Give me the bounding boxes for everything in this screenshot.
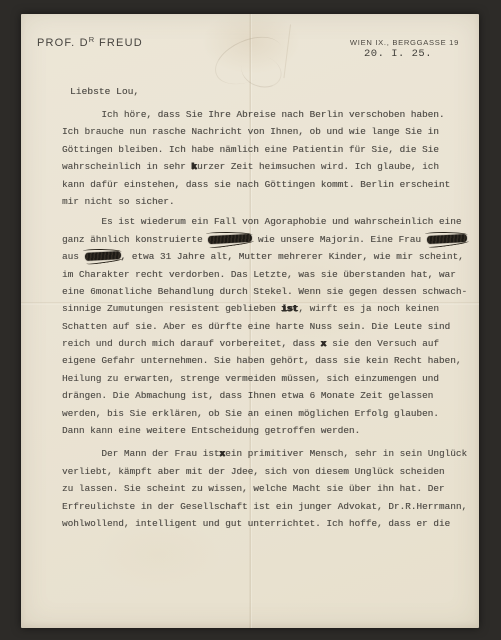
paragraph: Ich höre, dass Sie Ihre Abreise nach Ber… — [62, 106, 474, 210]
letterhead-name-suffix: FREUD — [95, 37, 143, 49]
typed-text: wie unsere Majorin. Eine Frau — [252, 234, 426, 245]
paragraph: Der Mann der Frau istxein primitiver Men… — [62, 445, 474, 532]
typed-date: 20. I. 25. — [364, 48, 432, 60]
ink-redaction-mark — [84, 251, 120, 261]
typed-line: Erfreulichste in der Gesellschaft ist ei… — [62, 498, 474, 515]
typed-line: Schatten auf sie. Aber es dürfte eine ha… — [62, 318, 474, 335]
typed-line: drängen. Die Abmachung ist, dass Ihnen e… — [62, 387, 474, 404]
typed-text: mir nicht so sicher. — [62, 196, 175, 207]
typed-line: ganz ähnlich konstruierte wie unsere Maj… — [62, 231, 474, 248]
typed-text: , wirft es ja noch keinen — [298, 303, 439, 314]
typed-line: mir nicht so sicher. — [62, 193, 474, 210]
ink-redaction-mark — [427, 234, 467, 244]
typed-text: Ich höre, dass Sie Ihre Abreise nach Ber… — [62, 109, 445, 120]
typed-text: sie den Versuch auf — [326, 338, 439, 349]
letterhead-name: PROF. DR FREUD — [37, 35, 143, 49]
typed-line: Göttingen bleiben. Ich habe nämlich eine… — [62, 141, 474, 158]
typed-line: sinnige Zumutungen resistent geblieben i… — [62, 300, 474, 317]
typed-line: reich und durch mich darauf vorbereitet,… — [62, 335, 474, 352]
typed-text: Heilung zu erwarten, strenge vermeiden m… — [62, 373, 439, 384]
typed-text: wohlwollend, intelligent und gut unterri… — [62, 518, 450, 529]
typed-line: Ich brauche nun rasche Nachricht von Ihn… — [62, 123, 474, 140]
pencil-marks — [207, 30, 307, 98]
typed-line: Dann kann eine weitere Entscheidung getr… — [62, 422, 474, 439]
overtyped-text: ist — [281, 303, 298, 314]
typed-text: aus — [62, 251, 85, 262]
typed-text: drängen. Die Abmachung ist, dass Ihnen e… — [62, 390, 433, 401]
typed-text: zu lassen. Sie scheint zu wissen, welche… — [62, 483, 445, 494]
typed-text: ganz ähnlich konstruierte — [62, 234, 208, 245]
typed-text: Es ist wiederum ein Fall von Agoraphobie… — [62, 216, 461, 227]
letterhead-name-prefix: PROF. D — [37, 37, 89, 49]
typed-text: werden, bis Sie erklären, ob Sie an eine… — [62, 408, 439, 419]
letter-page: PROF. DR FREUD WIEN IX., BERGGASSE 19 20… — [21, 14, 479, 628]
typed-line: im Charakter recht verdorben. Das Letzte… — [62, 266, 474, 283]
letter-body: Ich höre, dass Sie Ihre Abreise nach Ber… — [62, 106, 474, 532]
ink-redaction-mark — [208, 234, 252, 244]
typed-text: Der Mann der Frau ist — [62, 448, 220, 459]
typed-text: eigene Gefahr unternehmen. Sie haben geh… — [62, 355, 461, 366]
salutation: Liebste Lou, — [70, 86, 139, 97]
typed-line: Es ist wiederum ein Fall von Agoraphobie… — [62, 213, 474, 230]
letterhead-address: WIEN IX., BERGGASSE 19 — [350, 38, 459, 47]
typed-text: Erfreulichste in der Gesellschaft ist ei… — [62, 501, 467, 512]
scan-background: PROF. DR FREUD WIEN IX., BERGGASSE 19 20… — [0, 0, 501, 640]
typed-text: wahrscheinlich in sehr — [62, 161, 191, 172]
typed-line: eine 6monatliche Behandlung durch Stekel… — [62, 283, 474, 300]
typed-line: werden, bis Sie erklären, ob Sie an eine… — [62, 405, 474, 422]
typed-text: eine 6monatliche Behandlung durch Stekel… — [62, 286, 467, 297]
typed-line: verliebt, kämpft aber mit der Jdee, sich… — [62, 463, 474, 480]
typed-text: Göttingen bleiben. Ich habe nämlich eine… — [62, 144, 439, 155]
typed-line: aus , etwa 31 Jahre alt, Mutter mehrerer… — [62, 248, 474, 265]
typed-text: kann dafür einstehen, dass sie nach Gött… — [62, 179, 450, 190]
typed-text: im Charakter recht verdorben. Das Letzte… — [62, 269, 456, 280]
typed-line: Ich höre, dass Sie Ihre Abreise nach Ber… — [62, 106, 474, 123]
typed-text: Schatten auf sie. Aber es dürfte eine ha… — [62, 321, 450, 332]
typed-text: verliebt, kämpft aber mit der Jdee, sich… — [62, 466, 445, 477]
typed-text: sinnige Zumutungen resistent geblieben — [62, 303, 281, 314]
typed-line: eigene Gefahr unternehmen. Sie haben geh… — [62, 352, 474, 369]
typed-line: kann dafür einstehen, dass sie nach Gött… — [62, 176, 474, 193]
typed-text: reich und durch mich darauf vorbereitet,… — [62, 338, 321, 349]
typed-text: , etwa 31 Jahre alt, Mutter mehrerer Kin… — [121, 251, 464, 262]
typed-line: wohlwollend, intelligent und gut unterri… — [62, 515, 474, 532]
typed-text: urzer Zeit heimsuchen wird. Ich glaube, … — [197, 161, 439, 172]
paragraph: Es ist wiederum ein Fall von Agoraphobie… — [62, 213, 474, 439]
typed-text: ein primitiver Mensch, sehr in sein Ungl… — [225, 448, 467, 459]
typed-text: Ich brauche nun rasche Nachricht von Ihn… — [62, 126, 439, 137]
typed-line: Der Mann der Frau istxein primitiver Men… — [62, 445, 474, 462]
typed-line: Heilung zu erwarten, strenge vermeiden m… — [62, 370, 474, 387]
typed-text: Dann kann eine weitere Entscheidung getr… — [62, 425, 360, 436]
typed-line: zu lassen. Sie scheint zu wissen, welche… — [62, 480, 474, 497]
typed-line: wahrscheinlich in sehr kurzer Zeit heims… — [62, 158, 474, 175]
